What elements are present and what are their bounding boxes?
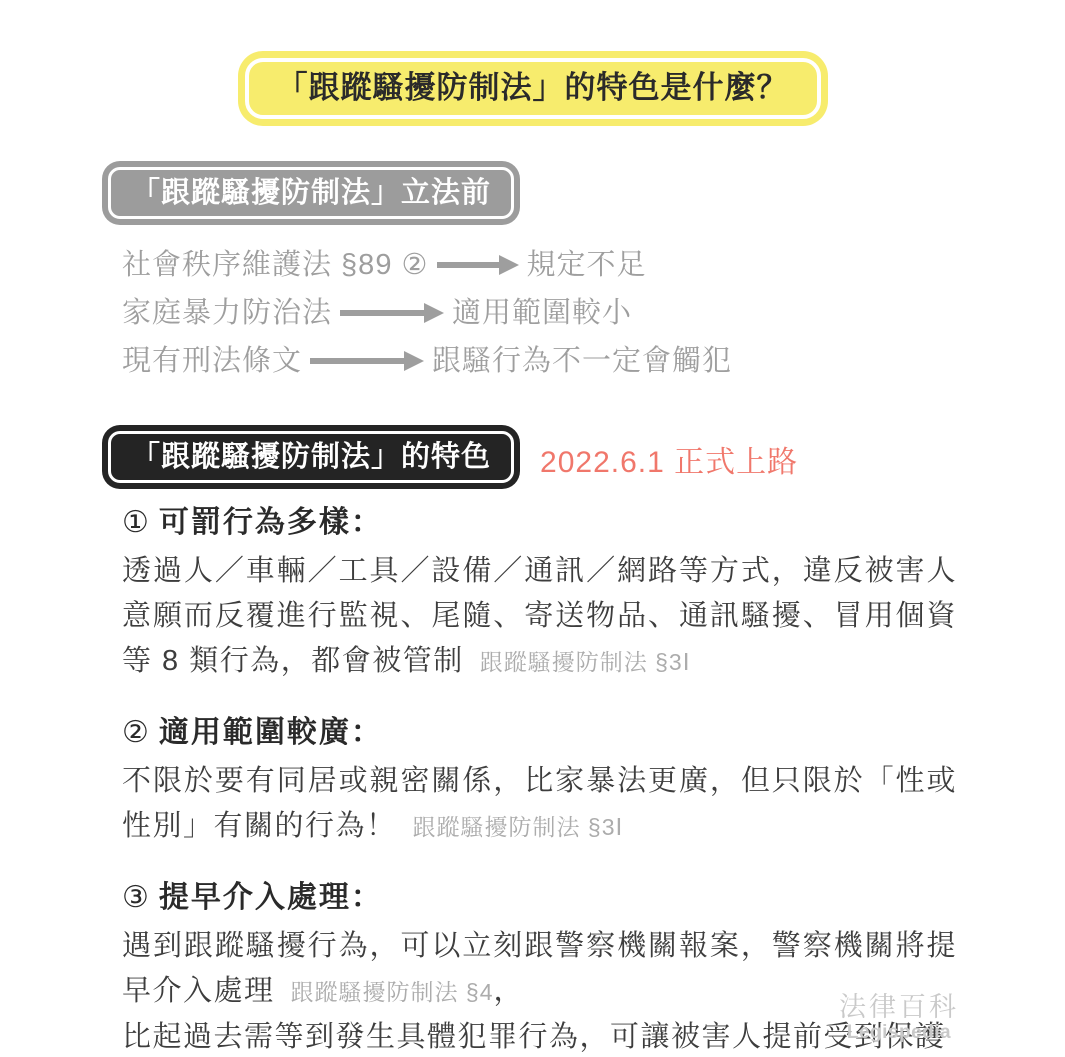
arrow-shaft	[310, 358, 404, 364]
feature-1-body: 透過人／車輛／工具／設備／通訊／網路等方式，違反被害人意願而反覆進行監視、尾隨、…	[122, 549, 957, 685]
infographic-page: 「跟蹤騷擾防制法」的特色是什麼？ 「跟蹤騷擾防制法」立法前 社會秩序維護法 §8…	[0, 0, 1065, 1057]
page-title: 「跟蹤騷擾防制法」的特色是什麼？	[245, 58, 821, 119]
feature-2-heading: ②適用範圍較廣：	[122, 713, 957, 752]
feature-1: ①可罰行為多樣： 透過人／車輛／工具／設備／通訊／網路等方式，違反被害人意願而反…	[122, 503, 957, 685]
feature-2-body: 不限於要有同居或親密關係，比家暴法更廣，但只限於「性或性別」有關的行為！跟蹤騷擾…	[122, 759, 957, 850]
feature-3-heading: ③提早介入處理：	[122, 878, 957, 917]
feature-3-text: 遇到跟蹤騷擾行為，可以立刻跟警察機關報案，警察機關將提早介入處理	[122, 930, 957, 1007]
feature-2: ②適用範圍較廣： 不限於要有同居或親密關係，比家暴法更廣，但只限於「性或性別」有…	[122, 713, 957, 850]
arrow-right-icon	[310, 351, 424, 371]
law-row-criminal-code: 現有刑法條文 跟騷行為不一定會觸犯	[122, 337, 957, 385]
feature-3: ③提早介入處理： 遇到跟蹤騷擾行為，可以立刻跟警察機關報案，警察機關將提早介入處…	[122, 878, 957, 1057]
law-name: 家庭暴力防治法	[122, 289, 332, 337]
arrow-shaft	[340, 310, 424, 316]
law-name: 社會秩序維護法 §89 ②	[122, 241, 429, 289]
feature-3-citation: 跟蹤騷擾防制法 §4	[291, 979, 494, 1005]
arrow-head	[404, 351, 424, 371]
arrow-shaft	[437, 262, 499, 268]
arrow-head	[499, 255, 519, 275]
title-area: 「跟蹤騷擾防制法」的特色是什麼？	[0, 0, 1065, 119]
law-comparison-rows: 社會秩序維護法 §89 ② 規定不足 家庭暴力防治法 適用範圍較小 現有刑法條文…	[122, 241, 957, 385]
feature-1-citation: 跟蹤騷擾防制法 §3Ⅰ	[480, 649, 691, 675]
before-legislation-section: 「跟蹤騷擾防制法」立法前 社會秩序維護法 §89 ② 規定不足 家庭暴力防治法 …	[122, 167, 957, 385]
features-header: 「跟蹤騷擾防制法」的特色 2022.6.1 正式上路	[122, 431, 957, 483]
law-shortcoming: 規定不足	[527, 241, 647, 289]
feature-2-title: 適用範圍較廣：	[159, 716, 383, 749]
feature-3-text-comma: ，	[494, 975, 525, 1007]
brand-name-english: Legispedia	[839, 1022, 959, 1045]
effective-date: 2022.6.1 正式上路	[540, 445, 798, 483]
law-row-social-order: 社會秩序維護法 §89 ② 規定不足	[122, 241, 957, 289]
law-row-domestic-violence: 家庭暴力防治法 適用範圍較小	[122, 289, 957, 337]
feature-3-body: 遇到跟蹤騷擾行為，可以立刻跟警察機關報案，警察機關將提早介入處理跟蹤騷擾防制法 …	[122, 924, 957, 1057]
content-area: 「跟蹤騷擾防制法」立法前 社會秩序維護法 §89 ② 規定不足 家庭暴力防治法 …	[0, 167, 1065, 1057]
law-shortcoming: 適用範圍較小	[452, 289, 632, 337]
feature-3-text-line2: 比起過去需等到發生具體犯罪行為，可讓被害人提前受到保護	[122, 1015, 957, 1057]
brand-logo: 法律百科 Legispedia	[839, 993, 959, 1045]
circled-number-icon: ①	[122, 506, 149, 539]
feature-3-title: 提早介入處理：	[159, 881, 383, 914]
arrow-head	[424, 303, 444, 323]
features-badge: 「跟蹤騷擾防制法」的特色	[108, 431, 514, 483]
feature-1-title: 可罰行為多樣：	[159, 506, 383, 539]
arrow-right-icon	[340, 303, 444, 323]
brand-name-chinese: 法律百科	[839, 993, 959, 1023]
circled-number-icon: ②	[122, 716, 149, 749]
law-name: 現有刑法條文	[122, 337, 302, 385]
circled-number-icon: ③	[122, 881, 149, 914]
law-shortcoming: 跟騷行為不一定會觸犯	[432, 337, 732, 385]
arrow-right-icon	[437, 255, 519, 275]
before-legislation-badge: 「跟蹤騷擾防制法」立法前	[108, 167, 514, 219]
feature-1-heading: ①可罰行為多樣：	[122, 503, 957, 542]
feature-2-citation: 跟蹤騷擾防制法 §3Ⅰ	[413, 814, 624, 840]
